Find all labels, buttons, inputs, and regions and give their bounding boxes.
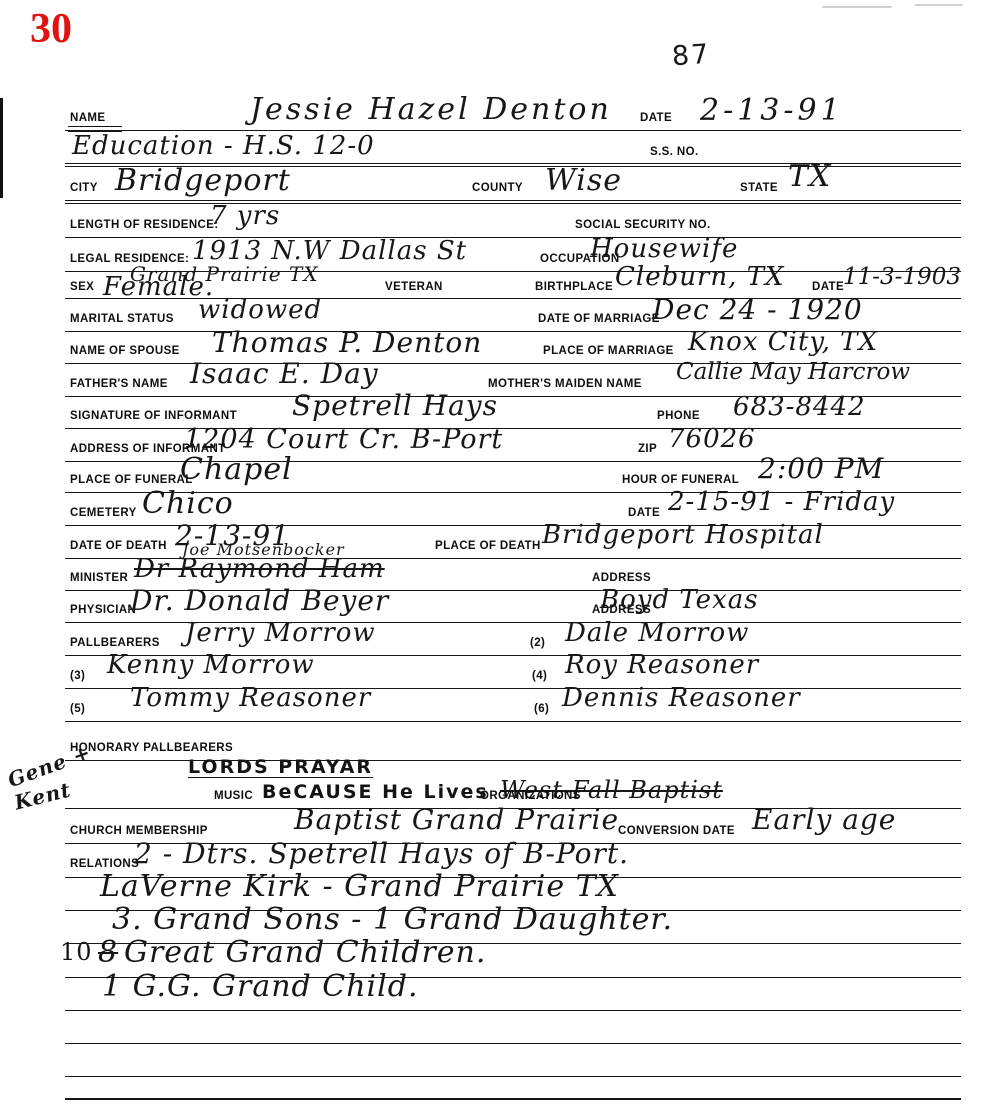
city-label: CITY (70, 182, 98, 194)
relations-line-1: 2 - Dtrs. Spetrell Hays of B-Port. (134, 840, 629, 868)
music-label: MUSIC (214, 790, 253, 802)
birthplace-label: BIRTHPLACE (535, 281, 613, 293)
state-label: STATE (740, 182, 778, 194)
cemetery-value: Chico (142, 489, 234, 519)
date-of-marriage-label: DATE OF MARRIAGE (538, 313, 660, 325)
physician-address-value: Boyd Texas (600, 587, 759, 613)
pallbearer-4-number: (4) (532, 670, 547, 682)
pallbearer-5-value: Tommy Reasoner (130, 685, 371, 711)
address-of-informant-value: 1204 Court Cr. B-Port (184, 426, 503, 453)
date-of-death-label: DATE OF DEATH (70, 540, 167, 552)
rule-line (65, 200, 961, 201)
fathers-name-value: Isaac E. Day (190, 360, 379, 388)
marital-status-value: widowed (198, 297, 322, 323)
length-of-residence-value: 7 yrs (210, 203, 280, 229)
relations-line-2: LaVerne Kirk - Grand Prairie TX (100, 872, 619, 902)
relations-line-3: 3. Grand Sons - 1 Grand Daughter. (112, 905, 673, 935)
church-membership-value: Baptist Grand Prairie (294, 806, 619, 834)
state-value: TX (788, 162, 831, 192)
red-corner-number: 30 (30, 8, 72, 50)
birthdate-label: DATE (812, 281, 844, 293)
sex-label: SEX (70, 281, 94, 293)
rule-line (65, 1010, 961, 1011)
rule-line (65, 721, 961, 722)
date-value: 2-13-91 (700, 96, 844, 126)
date-label: DATE (640, 112, 672, 124)
birthplace-value: Cleburn, TX (615, 264, 785, 290)
education-value: Education - H.S. 12-0 (72, 133, 375, 159)
rule-line (65, 1076, 961, 1077)
place-of-death-value: Bridgeport Hospital (542, 522, 824, 548)
pallbearer-6-value: Dennis Reasoner (562, 685, 801, 711)
relations-line-5: 1 G.G. Grand Child. (102, 972, 418, 1002)
honorary-pallbearers-label: HONORARY PALLBEARERS (70, 742, 233, 754)
conversion-date-value: Early age (752, 806, 896, 834)
scan-smudge (822, 6, 892, 8)
name-label: NAME (70, 112, 105, 124)
signature-of-informant-value: Spetrell Hays (292, 392, 498, 420)
date-of-marriage-value: Dec 24 - 1920 (652, 296, 863, 324)
phone-value: 683-8442 (733, 394, 866, 420)
pallbearer-3-number: (3) (70, 670, 85, 682)
cemetery-label: CEMETERY (70, 507, 137, 519)
pallbearer-2-value: Dale Morrow (565, 620, 749, 646)
mothers-maiden-name-label: MOTHER'S MAIDEN NAME (488, 378, 642, 390)
name-of-spouse-label: NAME OF SPOUSE (70, 345, 180, 357)
funeral-record-form-page: 30 87 NAME Jessie Hazel Denton DATE 2-13… (0, 0, 983, 1112)
fathers-name-label: FATHER'S NAME (70, 378, 168, 390)
occupation-value: Housewife (590, 236, 738, 262)
name-value: Jessie Hazel Denton (250, 95, 612, 125)
hour-of-funeral-label: HOUR OF FUNERAL (622, 474, 739, 486)
place-of-funeral-value: Chapel (180, 455, 293, 485)
physician-value: Dr. Donald Beyer (130, 587, 389, 615)
handwritten-sheet-number: 87 (671, 39, 711, 73)
music-above-value: LORDS PRAYAR (188, 758, 373, 778)
scan-smudge (915, 4, 963, 6)
place-of-marriage-value: Knox City, TX (688, 329, 878, 355)
minister-struck-value: Dr Raymond Ham (134, 556, 385, 582)
minister-address-label: ADDRESS (592, 572, 651, 584)
physician-label: PHYSICIAN (70, 604, 136, 616)
length-of-residence-label: LENGTH OF RESIDENCE: (70, 219, 219, 231)
legal-residence-value: 1913 N.W Dallas St (192, 238, 467, 264)
pallbearers-label: PALLBEARERS (70, 637, 160, 649)
pallbearer-5-number: (5) (70, 703, 85, 715)
church-membership-label: CHURCH MEMBERSHIP (70, 825, 208, 837)
social-security-no-label: SOCIAL SECURITY NO. (575, 219, 711, 231)
pallbearer-2-number: (2) (530, 637, 545, 649)
county-value: Wise (545, 166, 622, 196)
organizations-label: ORGANIZATIONS (480, 790, 581, 802)
mothers-maiden-name-value: Callie May Harcrow (676, 361, 910, 384)
phone-label: PHONE (657, 410, 700, 422)
pallbearer-3-value: Kenny Morrow (107, 652, 315, 678)
hour-of-funeral-value: 2:00 PM (758, 455, 884, 483)
county-label: COUNTY (472, 182, 523, 194)
relations-line-4-margin-number: 10 (60, 940, 93, 964)
name-of-spouse-value: Thomas P. Denton (212, 329, 482, 357)
relations-line-4: Great Grand Children. (124, 938, 486, 968)
minister-label: MINISTER (70, 572, 128, 584)
ssno-label: S.S. NO. (650, 146, 699, 158)
birthdate-value: 11-3-1903 (843, 266, 961, 289)
place-of-marriage-label: PLACE OF MARRIAGE (543, 345, 674, 357)
scan-edge-artifact (0, 98, 3, 198)
pallbearer-4-value: Roy Reasoner (565, 652, 759, 678)
conversion-date-label: CONVERSION DATE (618, 825, 735, 837)
place-of-funeral-label: PLACE OF FUNERAL (70, 474, 193, 486)
rule-line (65, 1043, 961, 1044)
marital-status-label: MARITAL STATUS (70, 313, 174, 325)
rule-line (65, 1098, 961, 1100)
signature-of-informant-label: SIGNATURE OF INFORMANT (70, 410, 237, 422)
zip-value: 76026 (668, 426, 756, 452)
pallbearer-1-value: Jerry Morrow (185, 620, 376, 646)
pallbearer-6-number: (6) (534, 703, 549, 715)
music-value: BeCAUSE He Lives (262, 783, 489, 802)
funeral-date-label: DATE (628, 507, 660, 519)
city-value: Bridgeport (115, 166, 291, 196)
zip-label: ZIP (638, 443, 657, 455)
relations-line-4-struck-number: 8 (98, 938, 118, 968)
veteran-label: VETERAN (385, 281, 443, 293)
funeral-date-value: 2-15-91 - Friday (668, 489, 895, 515)
place-of-death-label: PLACE OF DEATH (435, 540, 541, 552)
